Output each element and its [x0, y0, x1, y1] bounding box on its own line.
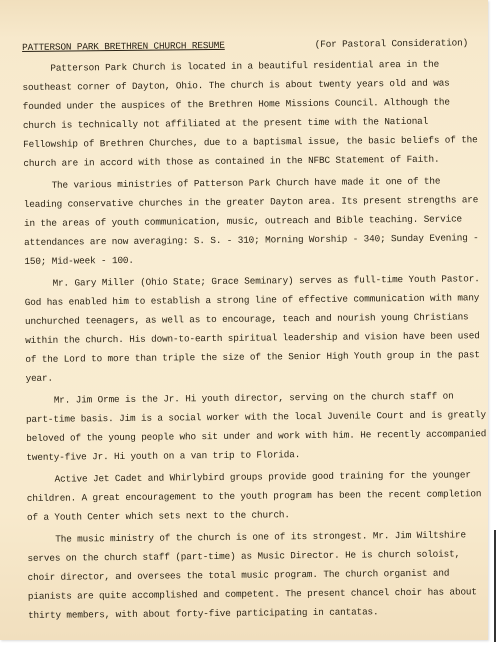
paragraph-ministries: The various ministries of Patterson Park… — [23, 171, 484, 271]
paragraph-location: Patterson Park Church is located in a be… — [22, 54, 483, 173]
document-body: PATTERSON PARK BRETHREN CHURCH RESUME (F… — [22, 33, 488, 628]
paragraph-youth-pastor: Mr. Gary Miller (Ohio State; Grace Semin… — [24, 269, 485, 388]
document-page: PATTERSON PARK BRETHREN CHURCH RESUME (F… — [0, 0, 488, 640]
paragraph-children-groups: Active Jet Cadet and Whirlybird groups p… — [27, 465, 488, 527]
document-header: PATTERSON PARK BRETHREN CHURCH RESUME (F… — [22, 33, 482, 57]
page-edge-shadow — [494, 530, 496, 642]
paragraph-music-ministry: The music ministry of the church is one … — [27, 525, 488, 625]
document-note: (For Pastoral Consideration) — [315, 33, 469, 54]
document-title: PATTERSON PARK BRETHREN CHURCH RESUME — [22, 36, 225, 57]
paragraph-jr-hi-director: Mr. Jim Orme is the Jr. Hi youth directo… — [26, 386, 487, 467]
